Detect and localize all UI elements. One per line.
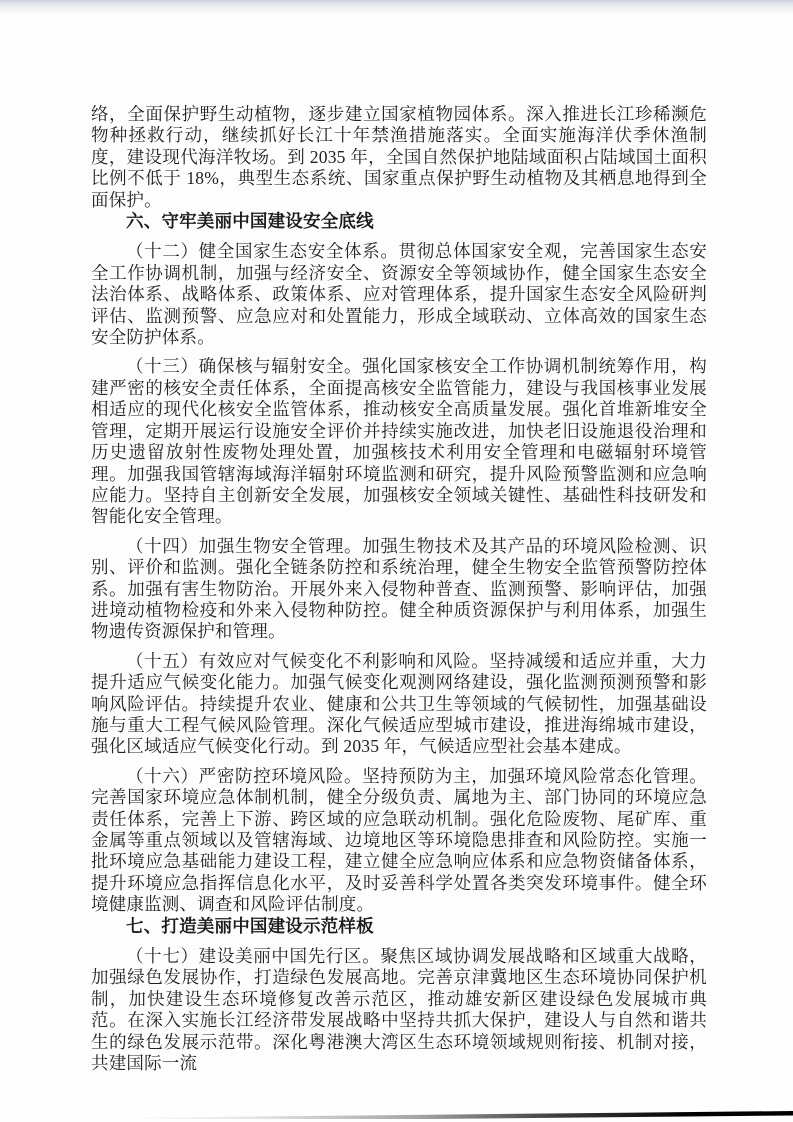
paragraph-continuation: 络，全面保护野生动植物，逐步建立国家植物园体系。深入推进长江珍稀濒危物种拯救行动…: [91, 104, 707, 211]
paragraph-item-15: （十五）有效应对气候变化不利影响和风险。坚持减缓和适应并重，大力提升适应气候变化…: [91, 651, 707, 758]
document-body: 络，全面保护野生动植物，逐步建立国家植物园体系。深入推进长江珍稀濒危物种拯救行动…: [91, 104, 707, 1074]
paragraph-item-16: （十六）严密防控环境风险。坚持预防为主，加强环境风险常态化管理。完善国家环境应急…: [91, 766, 707, 916]
document-page: 络，全面保护野生动植物，逐步建立国家植物园体系。深入推进长江珍稀濒危物种拯救行动…: [0, 0, 793, 1122]
scan-edge-bottom-artifact: [0, 1108, 793, 1122]
paragraph-item-14: （十四）加强生物安全管理。加强生物技术及其产品的环境风险检测、识别、评价和监测。…: [91, 536, 707, 643]
section-heading-6: 六、守牢美丽中国建设安全底线: [91, 211, 707, 232]
paragraph-item-17: （十七）建设美丽中国先行区。聚焦区域协调发展战略和区域重大战略，加强绿色发展协作…: [91, 946, 707, 1074]
paragraph-item-12: （十二）健全国家生态安全体系。贯彻总体国家安全观，完善国家生态安全工作协调机制，…: [91, 241, 707, 348]
section-heading-7: 七、打造美丽中国建设示范样板: [91, 916, 707, 937]
paragraph-item-13: （十三）确保核与辐射安全。强化国家核安全工作协调机制统筹作用，构建严密的核安全责…: [91, 356, 707, 527]
scan-edge-top-artifact: [0, 0, 793, 16]
